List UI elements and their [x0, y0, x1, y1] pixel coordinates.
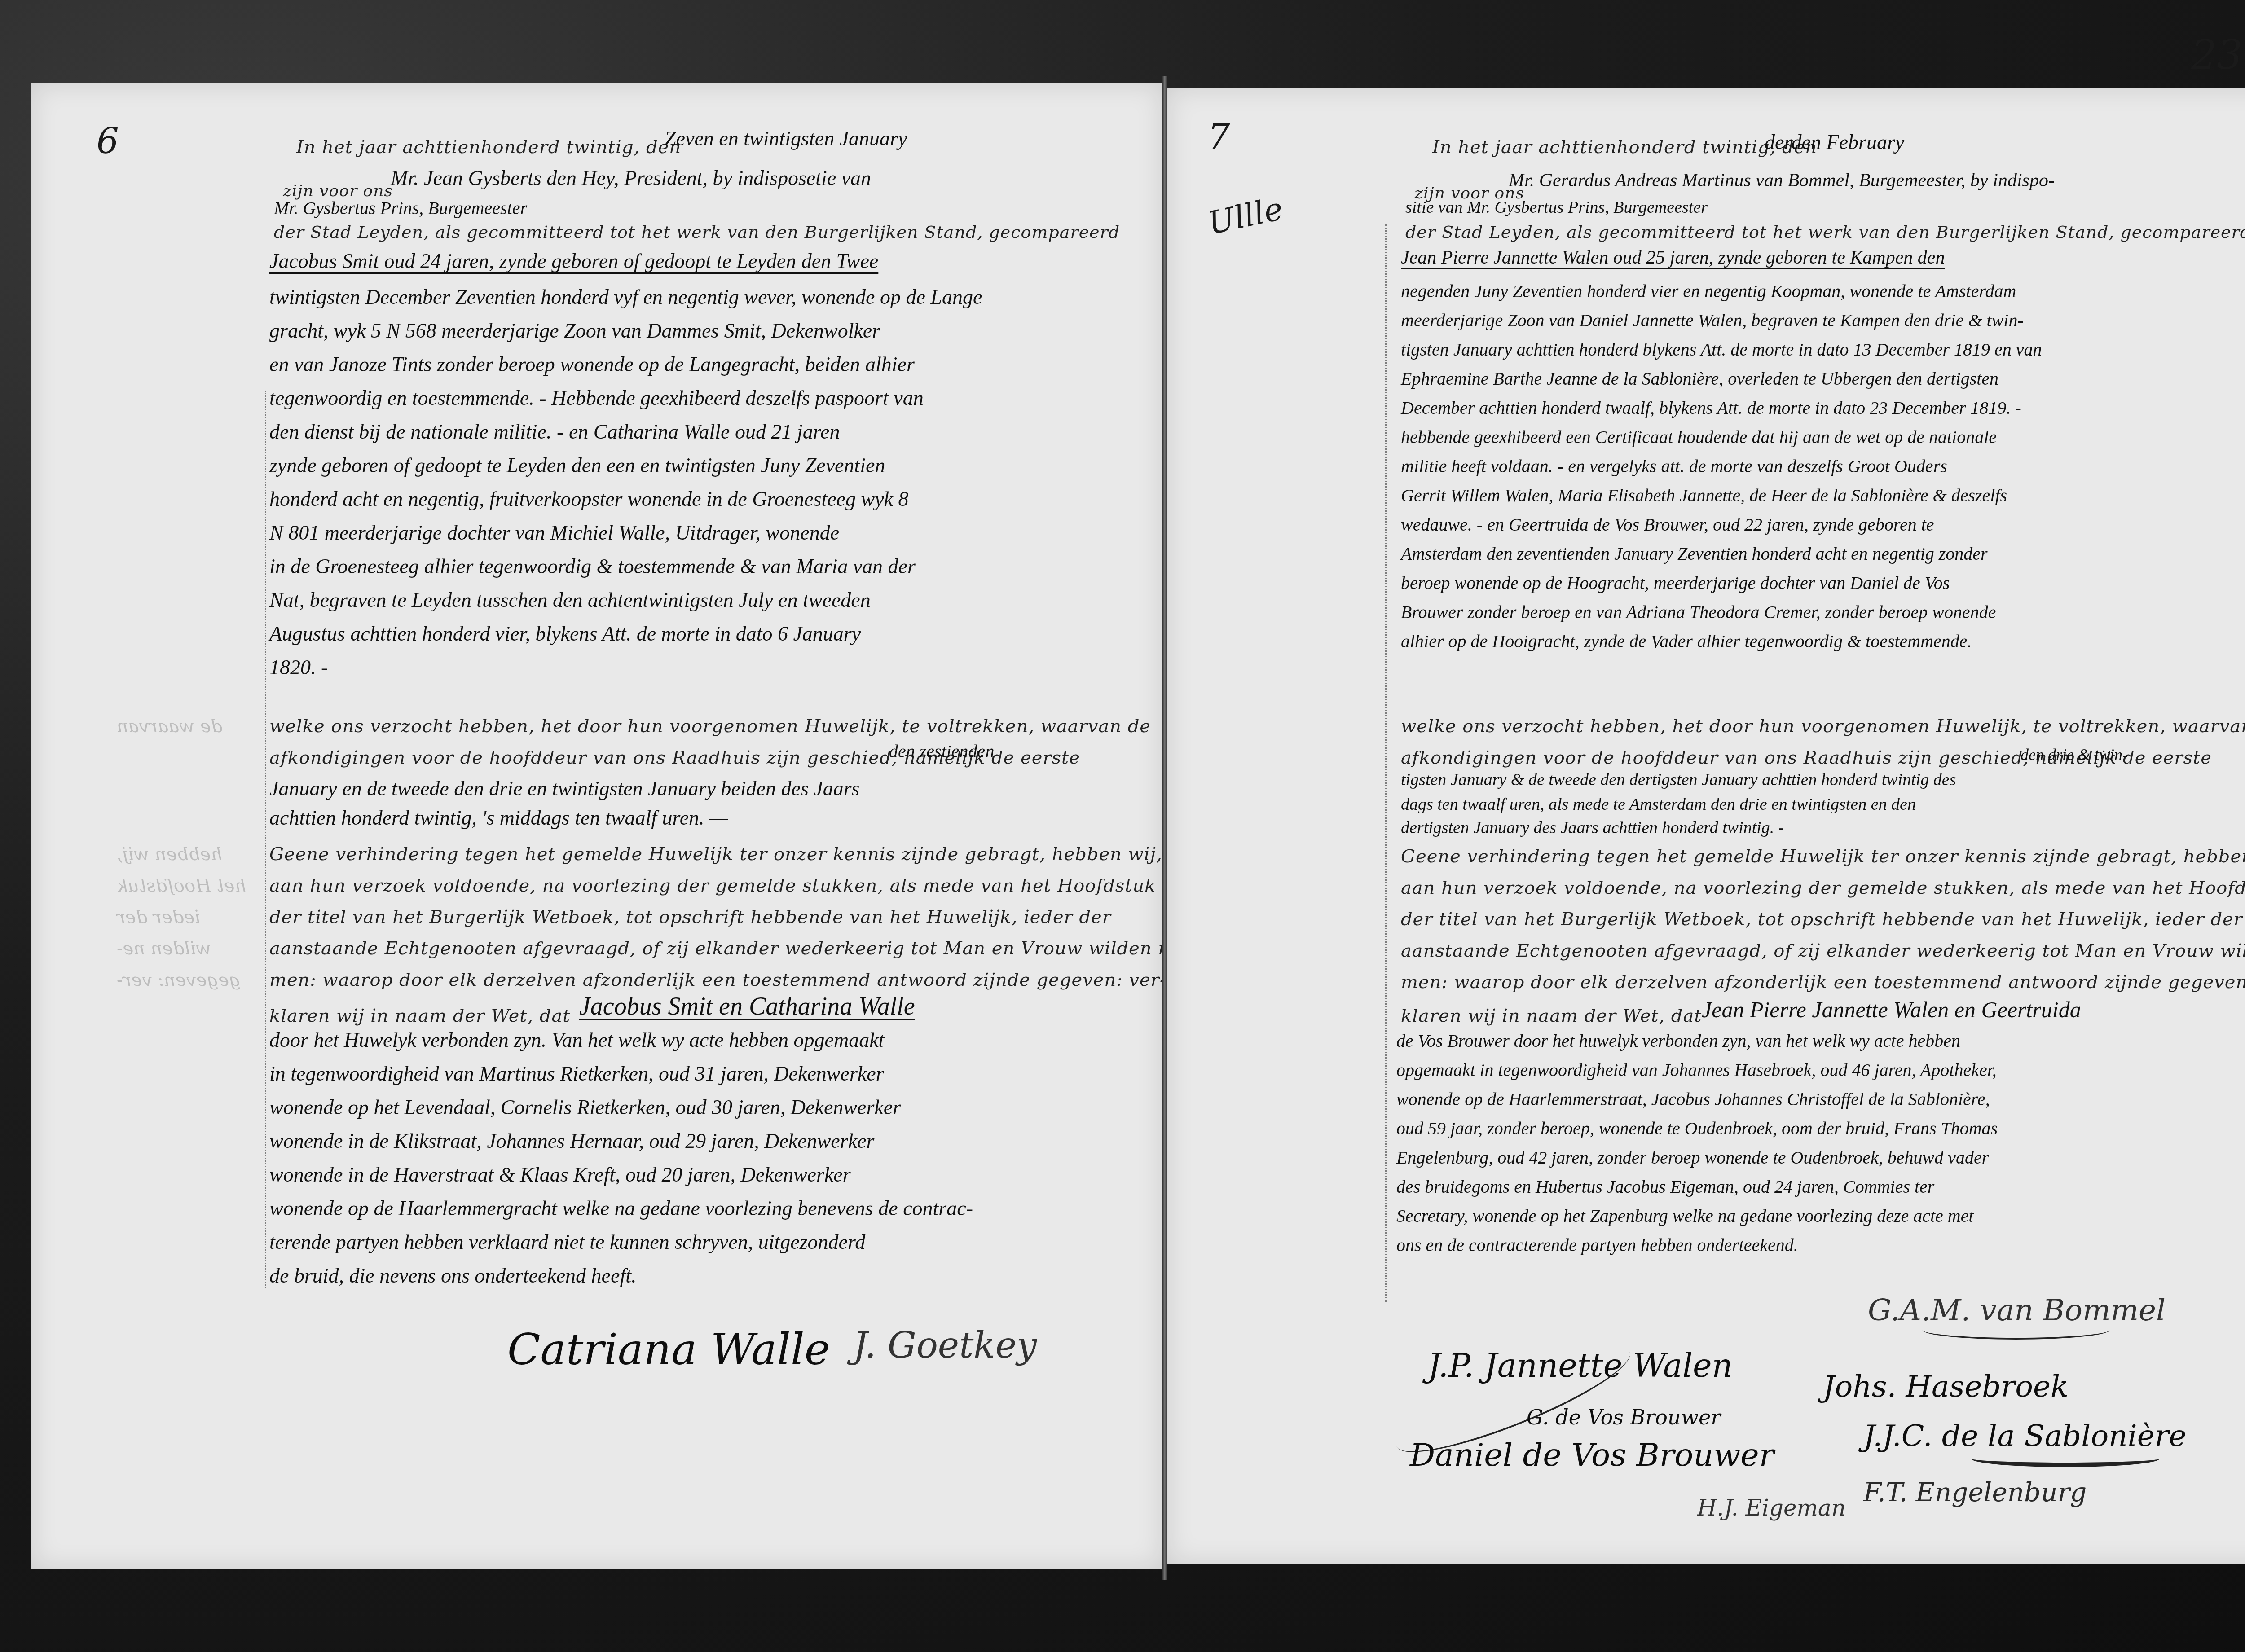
left-witness-line: door het Huwelyk verbonden zyn. Van het …: [269, 1028, 884, 1052]
right-banns-handwritten: dags ten twaalf uren, als mede te Amster…: [1401, 795, 1916, 814]
left-body-line: 1820. -: [269, 655, 328, 679]
left-body-line: in de Groenesteeg alhier tegenwoordig & …: [269, 554, 916, 578]
right-body-line: Brouwer zonder beroep en van Adriana The…: [1401, 602, 1996, 623]
right-body-line: December achttien honderd twaalf, blyken…: [1401, 397, 2021, 418]
left-body-line: en van Janoze Tints zonder beroep wonend…: [269, 352, 915, 376]
right-printed-line: aan hun verzoek voldoende, na voorlezing…: [1401, 878, 2245, 898]
left-printed-line: Geene verhindering tegen het gemelde Huw…: [269, 844, 1162, 865]
left-official-handwritten: Mr. Jean Gysberts den Hey, President, by…: [391, 166, 871, 190]
right-body-line: Amsterdam den zeventienden January Zeven…: [1401, 543, 1988, 564]
right-body-line: Jean Pierre Jannette Walen oud 25 jaren,…: [1401, 247, 1945, 268]
right-witness-line: oud 59 jaar, zonder beroep, wonende te O…: [1396, 1118, 1998, 1139]
right-body-line: beroep wonende op de Hoogracht, meerderj…: [1401, 572, 1950, 593]
left-witness-line: wonende op het Levendaal, Cornelis Rietk…: [269, 1095, 901, 1119]
left-body-line: honderd acht en negentig, fruitverkoopst…: [269, 487, 909, 511]
left-body-line: tegenwoordig en toestemmende. - Hebbende…: [269, 386, 924, 410]
left-witness-line: wonende op de Haarlemmergracht welke na …: [269, 1196, 973, 1220]
left-witness-line: in tegenwoordigheid van Martinus Rietker…: [269, 1062, 884, 1085]
right-official-handwritten-2: sitie van Mr. Gysbertus Prins, Burgemees…: [1405, 198, 1708, 217]
right-header-printed: In het jaar achttienhonderd twintig, den: [1432, 137, 1817, 158]
left-banns-handwritten: achttien honderd twintig, 's middags ten…: [269, 806, 728, 830]
left-witness-line: wonende in de Haverstraat & Klaas Kreft,…: [269, 1163, 851, 1186]
left-banns-handwritten: den zestienden: [889, 741, 994, 762]
right-printed-line: der titel van het Burgerlijk Wetboek, to…: [1401, 909, 2243, 930]
right-body-line: Ephraemine Barthe Jeanne de la Sablonièr…: [1401, 368, 1998, 389]
left-entry-number: 6: [97, 121, 119, 162]
right-witness-line: wonende op de Haarlemmerstraat, Jacobus …: [1396, 1089, 1990, 1110]
left-printed-line: aan hun verzoek voldoende, na voorlezing…: [269, 875, 1156, 896]
signature-note: G. de Vos Brouwer: [1527, 1405, 1721, 1429]
left-banns-printed-1: welke ons verzocht hebben, het door hun …: [269, 716, 1151, 737]
right-declaration-names: Jean Pierre Jannette Walen en Geertruida: [1702, 997, 2081, 1023]
left-body-line: zynde geboren of gedoopt te Leyden den e…: [269, 453, 885, 477]
right-entry-number: 7: [1208, 117, 1230, 157]
right-margin-rule: [1385, 224, 1387, 1302]
signature-witness: J.J.C. de la Sablonière: [1863, 1419, 2186, 1453]
right-witness-line: de Vos Brouwer door het huwelyk verbonde…: [1396, 1030, 1960, 1051]
signature-bride: Catriana Walle: [507, 1324, 830, 1375]
left-body-line: den dienst bij de nationale militie. - e…: [269, 420, 840, 444]
right-banns-handwritten: den drie & twin-: [2020, 745, 2128, 764]
right-official-handwritten: Mr. Gerardus Andreas Martinus van Bommel…: [1509, 170, 2055, 191]
right-printed-line: Geene verhindering tegen het gemelde Huw…: [1401, 846, 2245, 867]
right-body-line: militie heeft voldaan. - en vergelyks at…: [1401, 456, 1947, 477]
right-banns-printed-1: welke ons verzocht hebben, het door hun …: [1401, 716, 2245, 737]
left-witness-line: terende partyen hebben verklaard niet te…: [269, 1230, 865, 1254]
right-witness-line: Engelenburg, oud 42 jaren, zonder beroep…: [1396, 1147, 1989, 1168]
right-body-line: wedauwe. - en Geertruida de Vos Brouwer,…: [1401, 514, 1934, 535]
signature-flourish: [1922, 1320, 2110, 1340]
right-body-line: hebbende geexhibeerd een Certificaat hou…: [1401, 426, 1997, 448]
right-header-date: derden February: [1765, 130, 1904, 154]
bleed-through-text: wilden ne-: [117, 938, 211, 959]
bleed-through-text: het Hoofdstuk: [117, 875, 246, 896]
signature-witness: Johs. Hasebroek: [1823, 1369, 2069, 1404]
bleed-through-text: ieder der: [117, 907, 200, 927]
left-margin-rule: [265, 391, 266, 1288]
left-printed-line: men: waarop door elk derzelven afzonderl…: [269, 970, 1166, 990]
right-printed-line: men: waarop door elk derzelven afzonderl…: [1401, 972, 2245, 993]
left-declaration-names: Jacobus Smit en Catharina Walle: [579, 992, 915, 1021]
right-declaration-printed: klaren wij in naam der Wet, dat: [1401, 1006, 1702, 1026]
right-body-line: tigsten January achttien honderd blykens…: [1401, 339, 2042, 360]
left-body-line: N 801 meerderjarige dochter van Michiel …: [269, 521, 839, 545]
signature-witness: H.J. Eigeman: [1697, 1495, 1846, 1521]
signature-witness: F.T. Engelenburg: [1863, 1477, 2087, 1507]
right-stand-line: der Stad Leyden, als gecommitteerd tot h…: [1405, 222, 2245, 242]
left-body-line: Nat, begraven te Leyden tusschen den ach…: [269, 588, 871, 612]
right-witness-line: opgemaakt in tegenwoordigheid van Johann…: [1396, 1059, 1997, 1081]
left-official-handwritten-2: Mr. Gysbertus Prins, Burgemeester: [274, 198, 527, 219]
right-banns-handwritten: tigsten January & de tweede den dertigst…: [1401, 770, 1956, 790]
left-header-date: Zeven en twintigsten January: [665, 127, 907, 150]
right-body-line: Gerrit Willem Walen, Maria Elisabeth Jan…: [1401, 485, 2007, 506]
right-body-line: negenden Juny Zeventien honderd vier en …: [1401, 281, 2016, 302]
left-declaration-printed: klaren wij in naam der Wet, dat: [269, 1006, 570, 1026]
right-printed-line: aanstaande Echtgenooten afgevraagd, of z…: [1401, 940, 2245, 961]
left-witness-line: wonende in de Klikstraat, Johannes Herna…: [269, 1129, 874, 1153]
right-witness-line: des bruidegoms en Hubertus Jacobus Eigem…: [1396, 1176, 1934, 1197]
right-witness-line: Secretary, wonende op het Zapenburg welk…: [1396, 1205, 1974, 1226]
left-body-line: Jacobus Smit oud 24 jaren, zynde geboren…: [269, 249, 878, 273]
signature-official-left: J. Goetkey: [853, 1324, 1037, 1366]
right-body-line: meerderjarige Zoon van Daniel Jannette W…: [1401, 310, 2024, 331]
left-body-line: gracht, wyk 5 N 568 meerderjarige Zoon v…: [269, 319, 880, 343]
left-stand-line: der Stad Leyden, als gecommitteerd tot h…: [274, 222, 1120, 242]
left-printed-line: der titel van het Burgerlijk Wetboek, to…: [269, 907, 1111, 927]
signature-father: Daniel de Vos Brouwer: [1410, 1437, 1774, 1473]
book-binding-seam: [1162, 76, 1167, 1580]
left-banns-handwritten: January en de tweede den drie en twintig…: [269, 777, 860, 800]
bleed-through-text: de waarvan: [117, 716, 222, 737]
right-banns-handwritten: dertigsten January des Jaars achttien ho…: [1401, 818, 1784, 838]
right-body-line: alhier op de Hooigracht, zynde de Vader …: [1401, 631, 1972, 652]
signature-flourish: [1971, 1450, 2160, 1467]
left-printed-line: aanstaande Echtgenooten afgevraagd, of z…: [269, 938, 1188, 959]
left-body-line: Augustus achttien honderd vier, blykens …: [269, 622, 861, 646]
left-header-printed: In het jaar achttienhonderd twintig, den: [296, 137, 681, 158]
folio-number: 23: [2191, 31, 2243, 79]
left-body-line: twintigsten December Zeventien honderd v…: [269, 285, 982, 309]
right-witness-line: ons en de contracterende partyen hebben …: [1396, 1235, 1798, 1256]
bleed-through-text: gegeven: ver-: [117, 970, 241, 990]
bleed-through-text: hebben wij,: [117, 844, 222, 865]
left-witness-line: de bruid, die nevens ons onderteekend he…: [269, 1264, 637, 1287]
